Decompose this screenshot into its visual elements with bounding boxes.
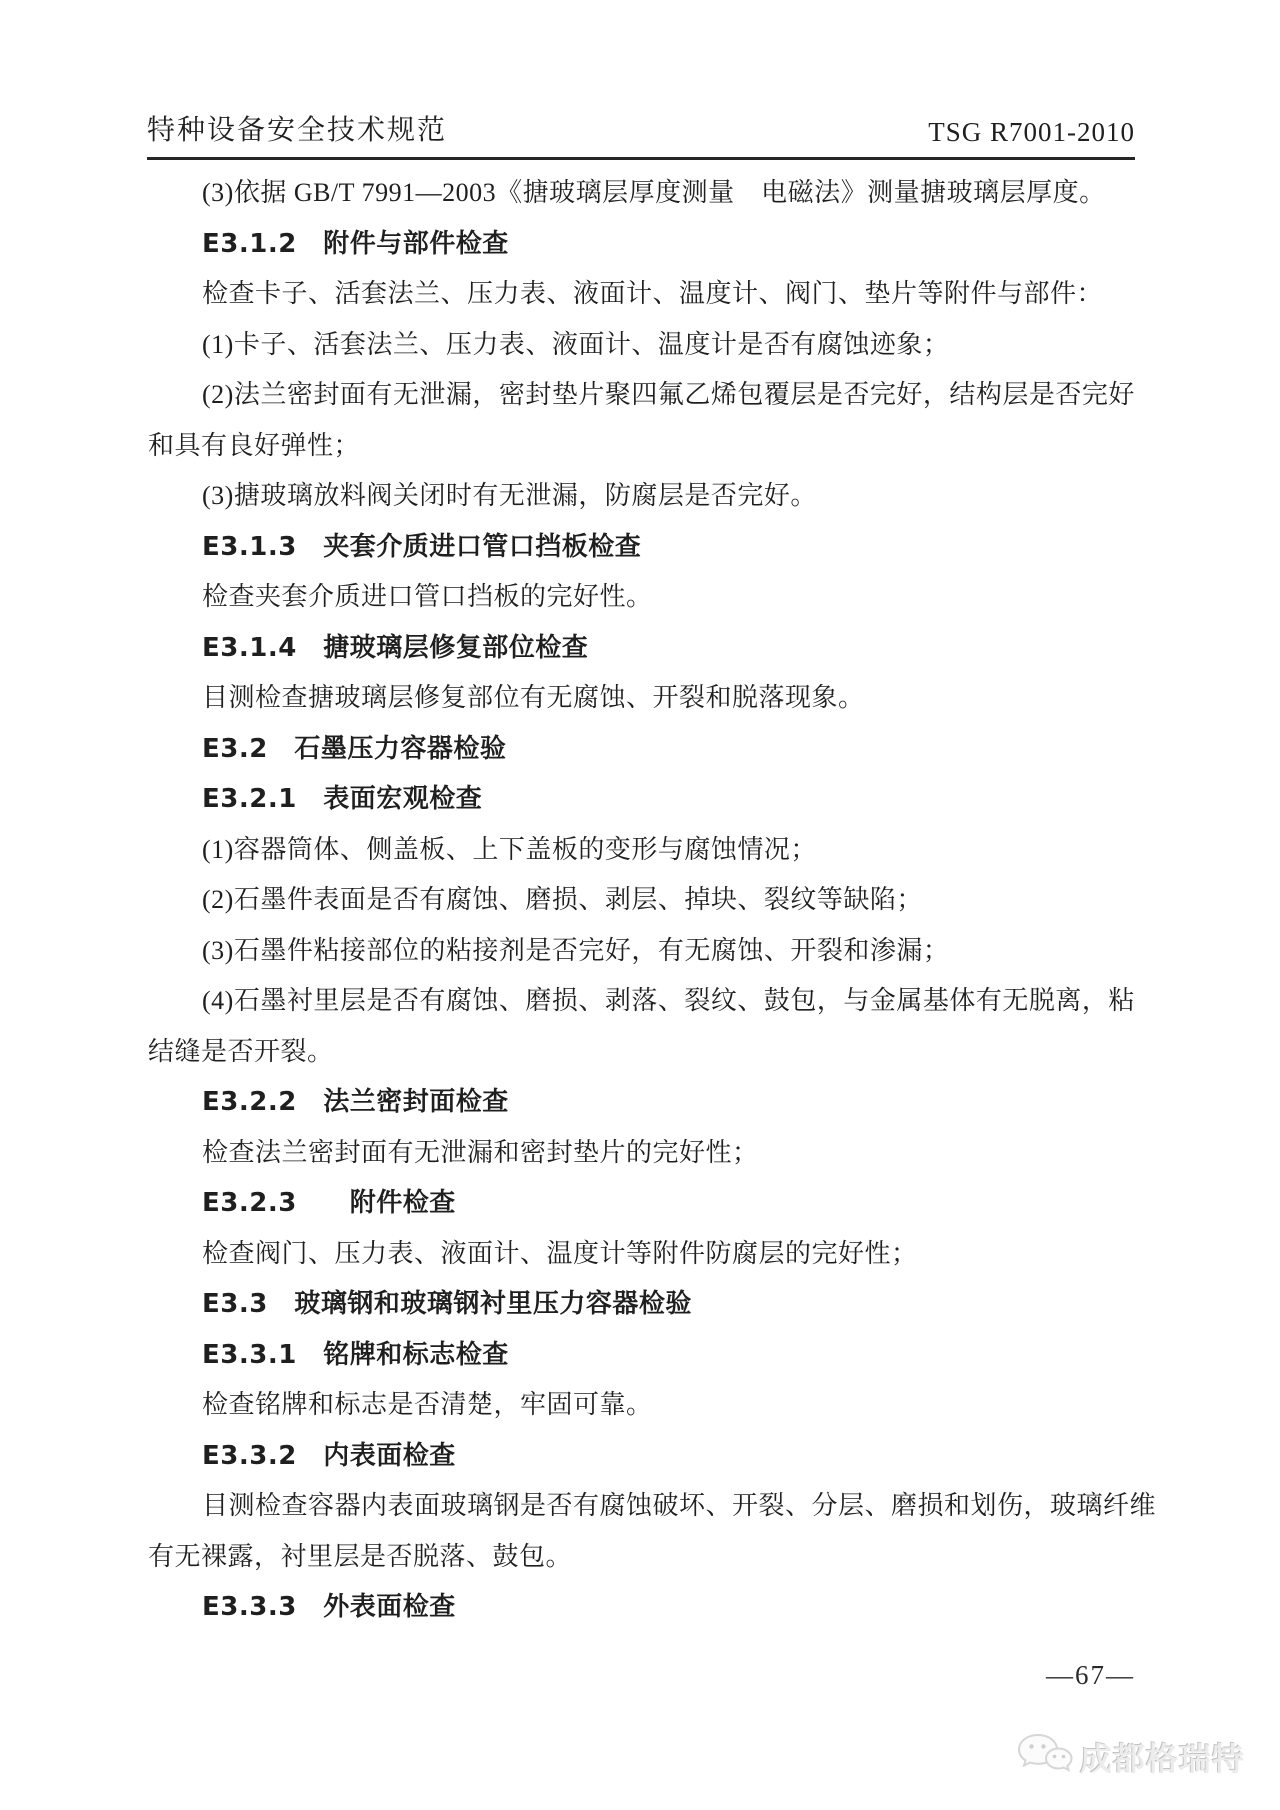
watermark-text: 成都格瑞特 xyxy=(1080,1734,1245,1780)
clause-heading-line: E3.3 玻璃钢和玻璃钢衬里压力容器检验 xyxy=(148,1279,1143,1330)
clause-heading-line: E3.3.1 铭牌和标志检查 xyxy=(148,1330,1143,1381)
clause-heading-line: E3.2.1 表面宏观检查 xyxy=(148,774,1143,825)
header-document-code: TSG R7001-2010 xyxy=(928,117,1135,148)
paragraph-line: 检查夹套介质进口管口挡板的完好性。 xyxy=(148,572,1143,623)
document-body: (3)依据 GB/T 7991—2003《搪玻璃层厚度测量 电磁法》测量搪玻璃层… xyxy=(148,168,1143,1633)
paragraph-line: (3)石墨件粘接部位的粘接剂是否完好，有无腐蚀、开裂和渗漏； xyxy=(148,926,1143,977)
clause-heading-line: E3.2.3 附件检查 xyxy=(148,1178,1143,1229)
clause-heading-line: E3.1.2 附件与部件检查 xyxy=(148,219,1143,270)
document-page: 特种设备安全技术规范 TSG R7001-2010 (3)依据 GB/T 799… xyxy=(0,0,1280,1810)
clause-heading-line: E3.2.2 法兰密封面检查 xyxy=(148,1077,1143,1128)
paragraph-line: 检查卡子、活套法兰、压力表、液面计、温度计、阀门、垫片等附件与部件： xyxy=(148,269,1143,320)
clause-heading-line: E3.2 石墨压力容器检验 xyxy=(148,724,1143,775)
paragraph-line: 和具有良好弹性； xyxy=(148,421,1143,472)
paragraph-line: (4)石墨衬里层是否有腐蚀、磨损、剥落、裂纹、鼓包，与金属基体有无脱离，粘 xyxy=(148,976,1143,1027)
paragraph-line: 目测检查容器内表面玻璃钢是否有腐蚀破坏、开裂、分层、磨损和划伤，玻璃纤维 xyxy=(148,1481,1143,1532)
clause-heading-line: E3.3.2 内表面检查 xyxy=(148,1431,1143,1482)
paragraph-line: 结缝是否开裂。 xyxy=(148,1027,1143,1078)
watermark: 成都格瑞特 xyxy=(1016,1732,1245,1781)
page-header: 特种设备安全技术规范 TSG R7001-2010 xyxy=(147,108,1135,160)
paragraph-line: 有无裸露，衬里层是否脱落、鼓包。 xyxy=(148,1532,1143,1583)
paragraph-line: 检查铭牌和标志是否清楚，牢固可靠。 xyxy=(148,1380,1143,1431)
paragraph-line: 目测检查搪玻璃层修复部位有无腐蚀、开裂和脱落现象。 xyxy=(148,673,1143,724)
paragraph-line: (3)搪玻璃放料阀关闭时有无泄漏，防腐层是否完好。 xyxy=(148,471,1143,522)
paragraph-line: (1)容器筒体、侧盖板、上下盖板的变形与腐蚀情况； xyxy=(148,825,1143,876)
paragraph-line: (2)石墨件表面是否有腐蚀、磨损、剥层、掉块、裂纹等缺陷； xyxy=(148,875,1143,926)
clause-heading-line: E3.3.3 外表面检查 xyxy=(148,1582,1143,1633)
header-title: 特种设备安全技术规范 xyxy=(147,108,447,148)
paragraph-line: (2)法兰密封面有无泄漏，密封垫片聚四氟乙烯包覆层是否完好，结构层是否完好 xyxy=(148,370,1143,421)
wechat-logo-icon xyxy=(1016,1732,1074,1781)
paragraph-line: 检查法兰密封面有无泄漏和密封垫片的完好性； xyxy=(148,1128,1143,1179)
page-number: —67— xyxy=(1046,1660,1135,1691)
paragraph-line: (3)依据 GB/T 7991—2003《搪玻璃层厚度测量 电磁法》测量搪玻璃层… xyxy=(148,168,1143,219)
clause-heading-line: E3.1.3 夹套介质进口管口挡板检查 xyxy=(148,522,1143,573)
paragraph-line: 检查阀门、压力表、液面计、温度计等附件防腐层的完好性； xyxy=(148,1229,1143,1280)
paragraph-line: (1)卡子、活套法兰、压力表、液面计、温度计是否有腐蚀迹象； xyxy=(148,320,1143,371)
clause-heading-line: E3.1.4 搪玻璃层修复部位检查 xyxy=(148,623,1143,674)
